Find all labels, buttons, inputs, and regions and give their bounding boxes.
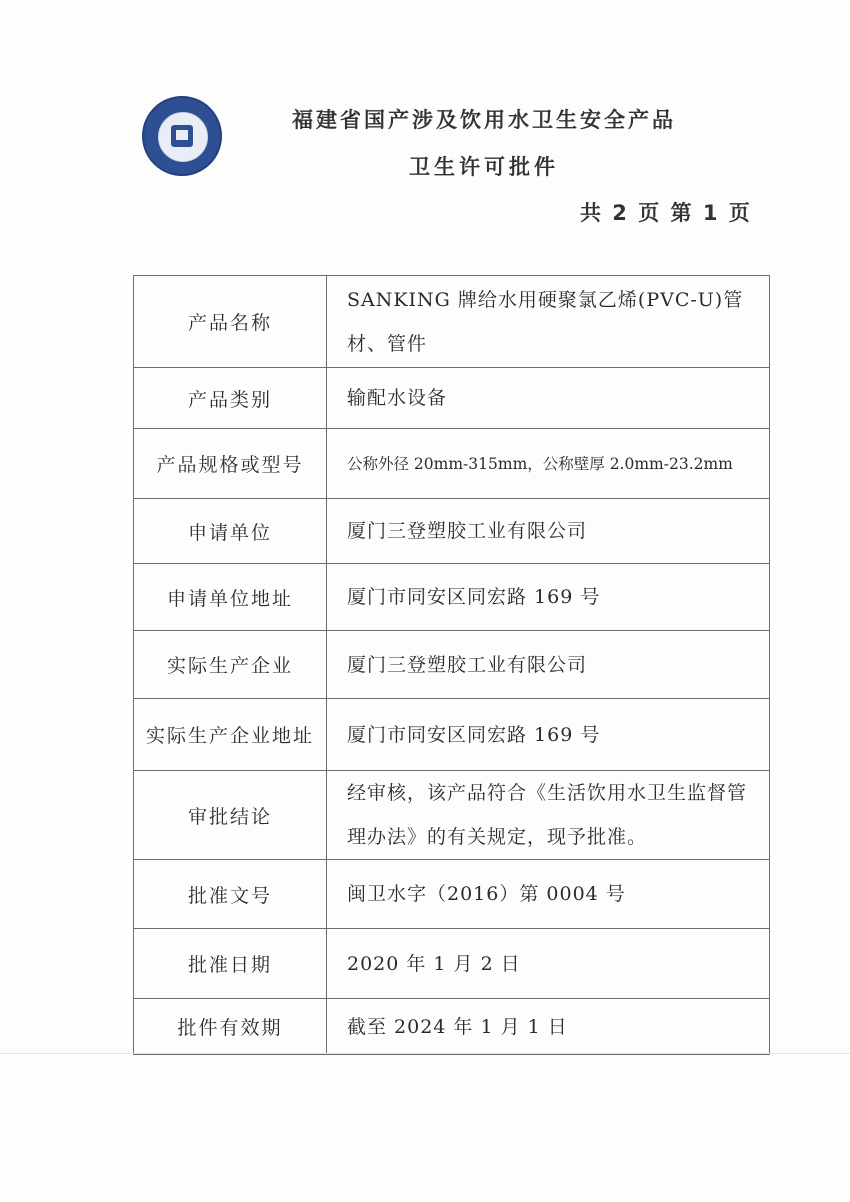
row-value: 经审核，该产品符合《生活饮用水卫生监督管理办法》的有关规定，现予批准。 [327,771,770,860]
table-row: 实际生产企业 厦门三登塑胶工业有限公司 [134,631,770,699]
row-value: 厦门三登塑胶工业有限公司 [327,631,770,699]
page-indicator: 共 2 页 第 1 页 [580,197,752,227]
row-label: 产品规格或型号 [134,429,327,499]
row-label: 批准文号 [134,860,327,929]
row-label: 产品名称 [134,276,327,368]
row-label: 实际生产企业 [134,631,327,699]
row-label: 申请单位 [134,499,327,564]
row-value: 截至 2024 年 1 月 1 日 [327,999,770,1055]
row-label: 批件有效期 [134,999,327,1055]
permit-table: 产品名称 SANKING 牌给水用硬聚氯乙烯(PVC-U)管材、管件 产品类别 … [133,275,770,1055]
table-row: 产品名称 SANKING 牌给水用硬聚氯乙烯(PVC-U)管材、管件 [134,276,770,368]
table-row: 实际生产企业地址 厦门市同安区同宏路 169 号 [134,699,770,771]
document-title: 福建省国产涉及饮用水卫生安全产品 [0,104,850,134]
table-row: 产品规格或型号 公称外径 20mm-315mm，公称壁厚 2.0mm-23.2m… [134,429,770,499]
table-row: 审批结论 经审核，该产品符合《生活饮用水卫生监督管理办法》的有关规定，现予批准。 [134,771,770,860]
row-value: 厦门三登塑胶工业有限公司 [327,499,770,564]
document-subtitle: 卫生许可批件 [0,151,850,181]
page-divider [0,1053,850,1054]
table-row: 申请单位 厦门三登塑胶工业有限公司 [134,499,770,564]
table-row: 批准日期 2020 年 1 月 2 日 [134,929,770,999]
row-value: SANKING 牌给水用硬聚氯乙烯(PVC-U)管材、管件 [327,276,770,368]
row-label: 产品类别 [134,368,327,429]
row-label: 实际生产企业地址 [134,699,327,771]
row-value: 2020 年 1 月 2 日 [327,929,770,999]
row-value: 输配水设备 [327,368,770,429]
row-value: 闽卫水字（2016）第 0004 号 [327,860,770,929]
row-label: 申请单位地址 [134,564,327,631]
row-value: 公称外径 20mm-315mm，公称壁厚 2.0mm-23.2mm [327,429,770,499]
table-row: 申请单位地址 厦门市同安区同宏路 169 号 [134,564,770,631]
table-row: 产品类别 输配水设备 [134,368,770,429]
table-row: 批准文号 闽卫水字（2016）第 0004 号 [134,860,770,929]
row-value: 厦门市同安区同宏路 169 号 [327,564,770,631]
row-label: 批准日期 [134,929,327,999]
row-label: 审批结论 [134,771,327,860]
row-value: 厦门市同安区同宏路 169 号 [327,699,770,771]
table-row: 批件有效期 截至 2024 年 1 月 1 日 [134,999,770,1055]
